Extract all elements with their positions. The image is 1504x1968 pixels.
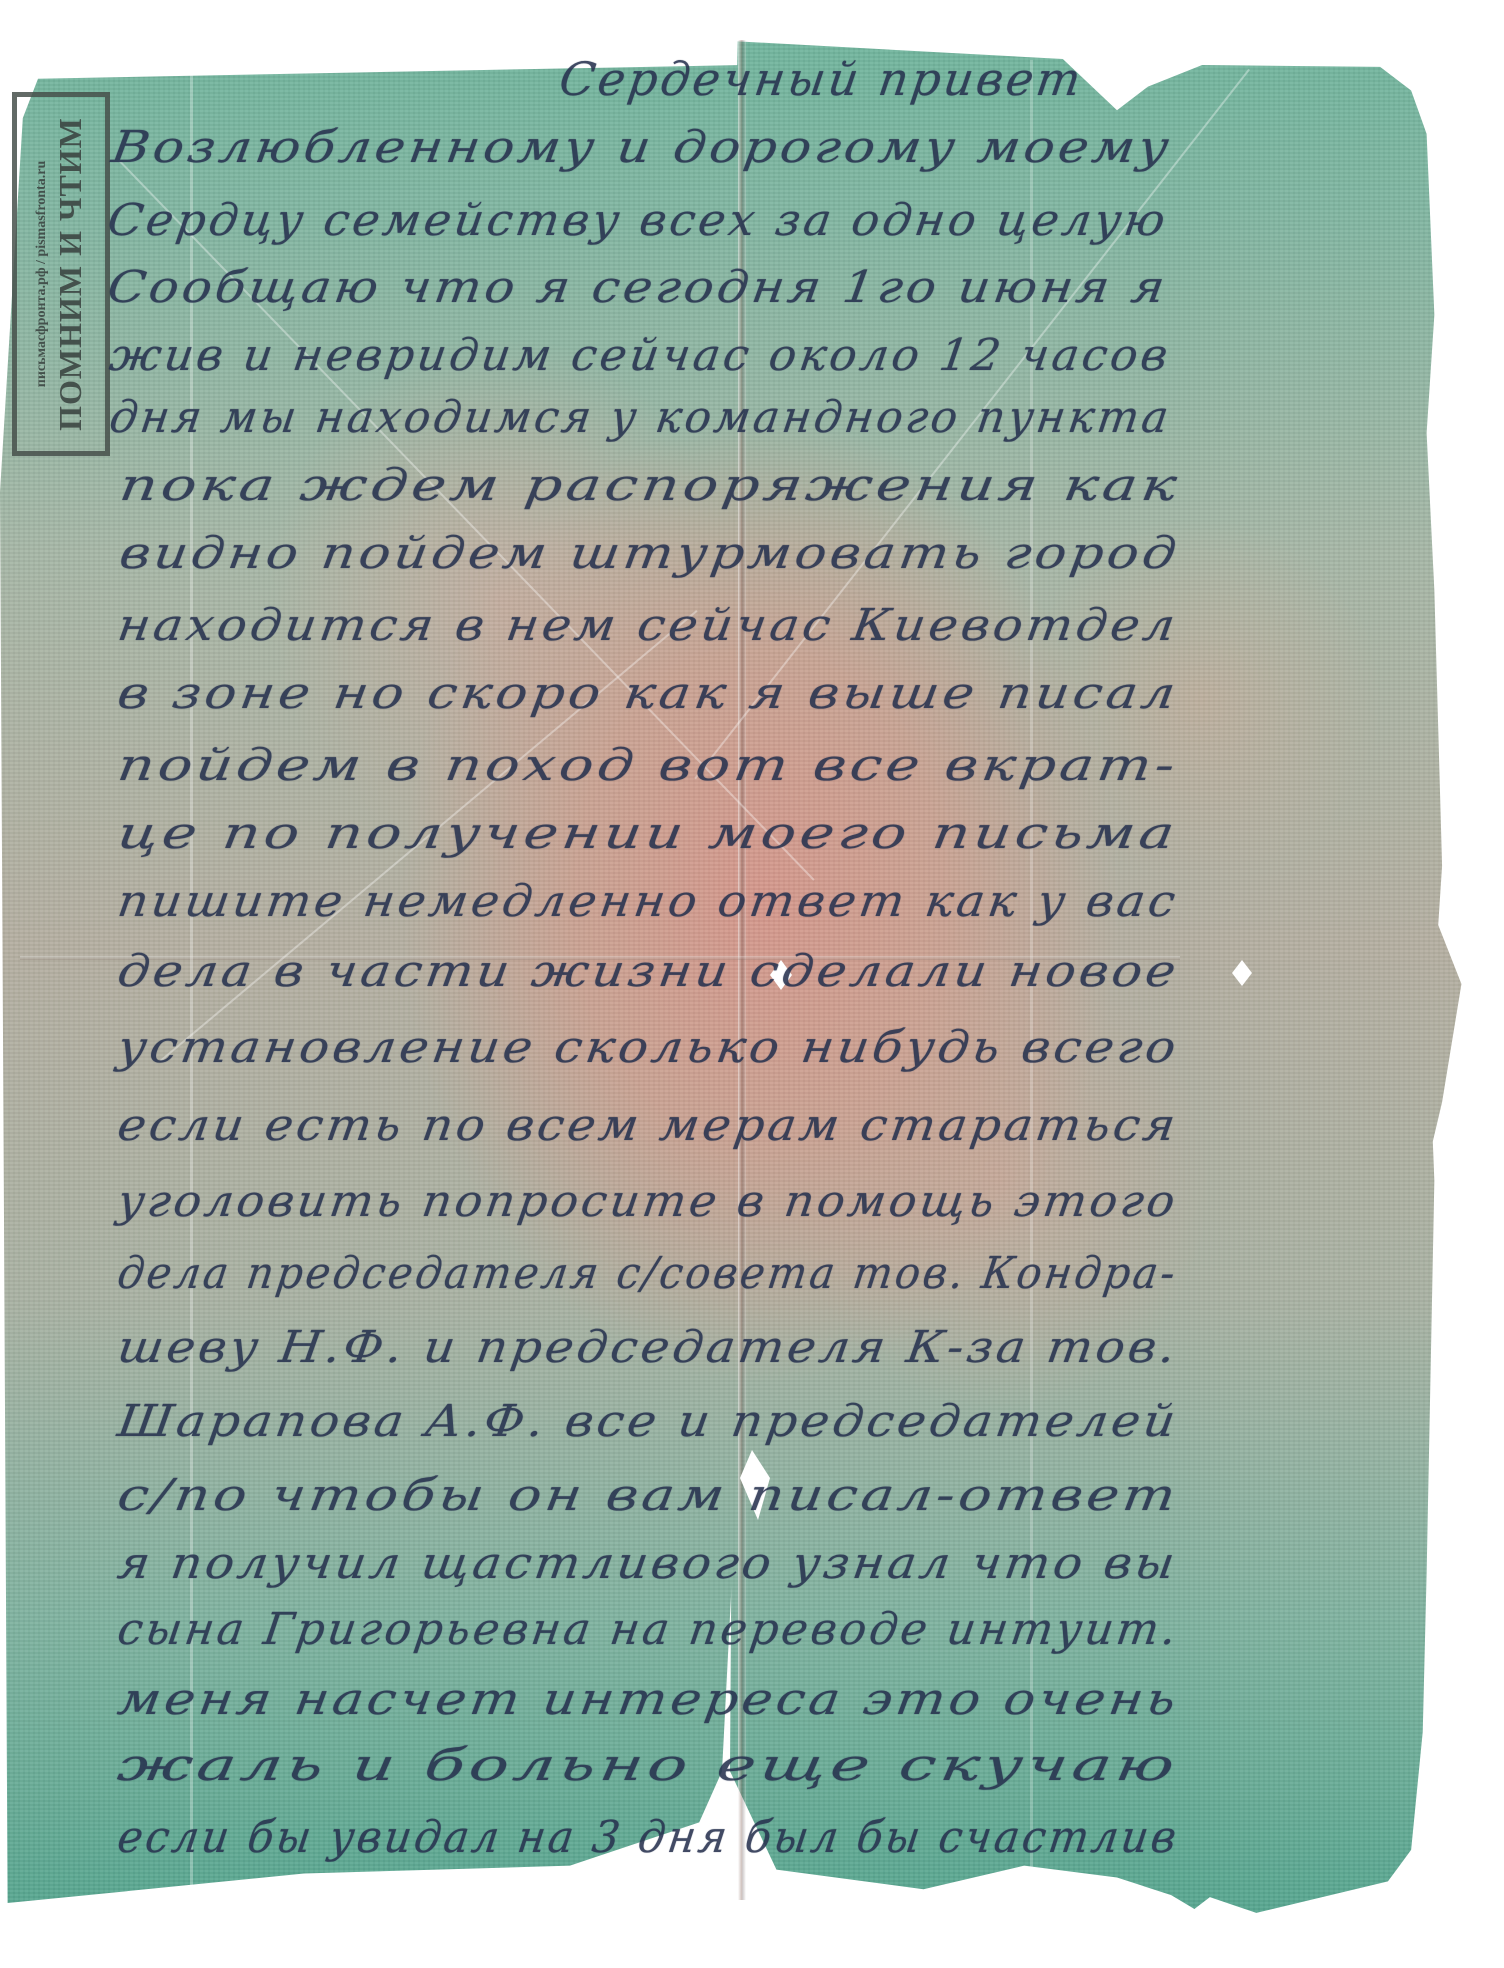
letter-line: если есть по всем мерам стараться bbox=[114, 1100, 1181, 1151]
letter-line: жив и невридим сейчас около 12 часов bbox=[106, 330, 1173, 381]
letter-greeting: Сердечный привет bbox=[556, 52, 1087, 106]
scanned-letter: ПОМНИМ И ЧТИМ письмасфронта.рф / pismasf… bbox=[0, 0, 1504, 1968]
letter-line: дела председателя с/совета тов. Кондра- bbox=[114, 1248, 1181, 1299]
letter-line: це по получении моего письма bbox=[114, 808, 1181, 859]
letter-line: меня насчет интереса это очень bbox=[114, 1674, 1182, 1725]
letter-line: дня мы находимся у командного пункта bbox=[106, 392, 1174, 443]
letter-line: Сердцу семейству всех за одно целую bbox=[104, 195, 1171, 246]
letter-line: находится в нем сейчас Киевотдел bbox=[114, 600, 1181, 651]
letter-line: Сообщаю что я сегодня 1го июня я bbox=[104, 262, 1171, 313]
letter-line: Шарапова А.Ф. все и председателей bbox=[114, 1396, 1181, 1447]
letter-line: шеву Н.Ф. и председателя К-за тов. bbox=[114, 1322, 1181, 1373]
letter-line: сына Григорьевна на переводе интуит. bbox=[114, 1604, 1182, 1655]
letter-line: видно пойдем штурмовать город bbox=[116, 528, 1183, 579]
letter-line: уголовить попросите в помощь этого bbox=[114, 1176, 1181, 1227]
letter-line: установление сколько нибудь всего bbox=[114, 1022, 1182, 1073]
letter-line: я получил щастливого узнал что вы bbox=[114, 1538, 1181, 1589]
letter-line: Возлюбленному и дорогому моему bbox=[108, 122, 1175, 173]
letter-line: в зоне но скоро как я выше писал bbox=[114, 668, 1182, 719]
letter-line: пойдем в поход вот все вкрат- bbox=[114, 740, 1181, 791]
letter-line: жаль и больно еще скучаю bbox=[114, 1740, 1182, 1791]
letter-line: если бы увидал на 3 дня был бы счастлив bbox=[114, 1812, 1182, 1863]
letter-line: пока ждем распоряжения как bbox=[116, 460, 1183, 511]
handwritten-text: Сердечный привет Возлюбленному и дорогом… bbox=[0, 0, 1504, 1968]
letter-line: пишите немедленно ответ как у вас bbox=[114, 876, 1181, 927]
letter-line: с/по чтобы он вам писал-ответ bbox=[114, 1470, 1182, 1521]
letter-line: дела в части жизни сделали новое bbox=[114, 946, 1182, 997]
